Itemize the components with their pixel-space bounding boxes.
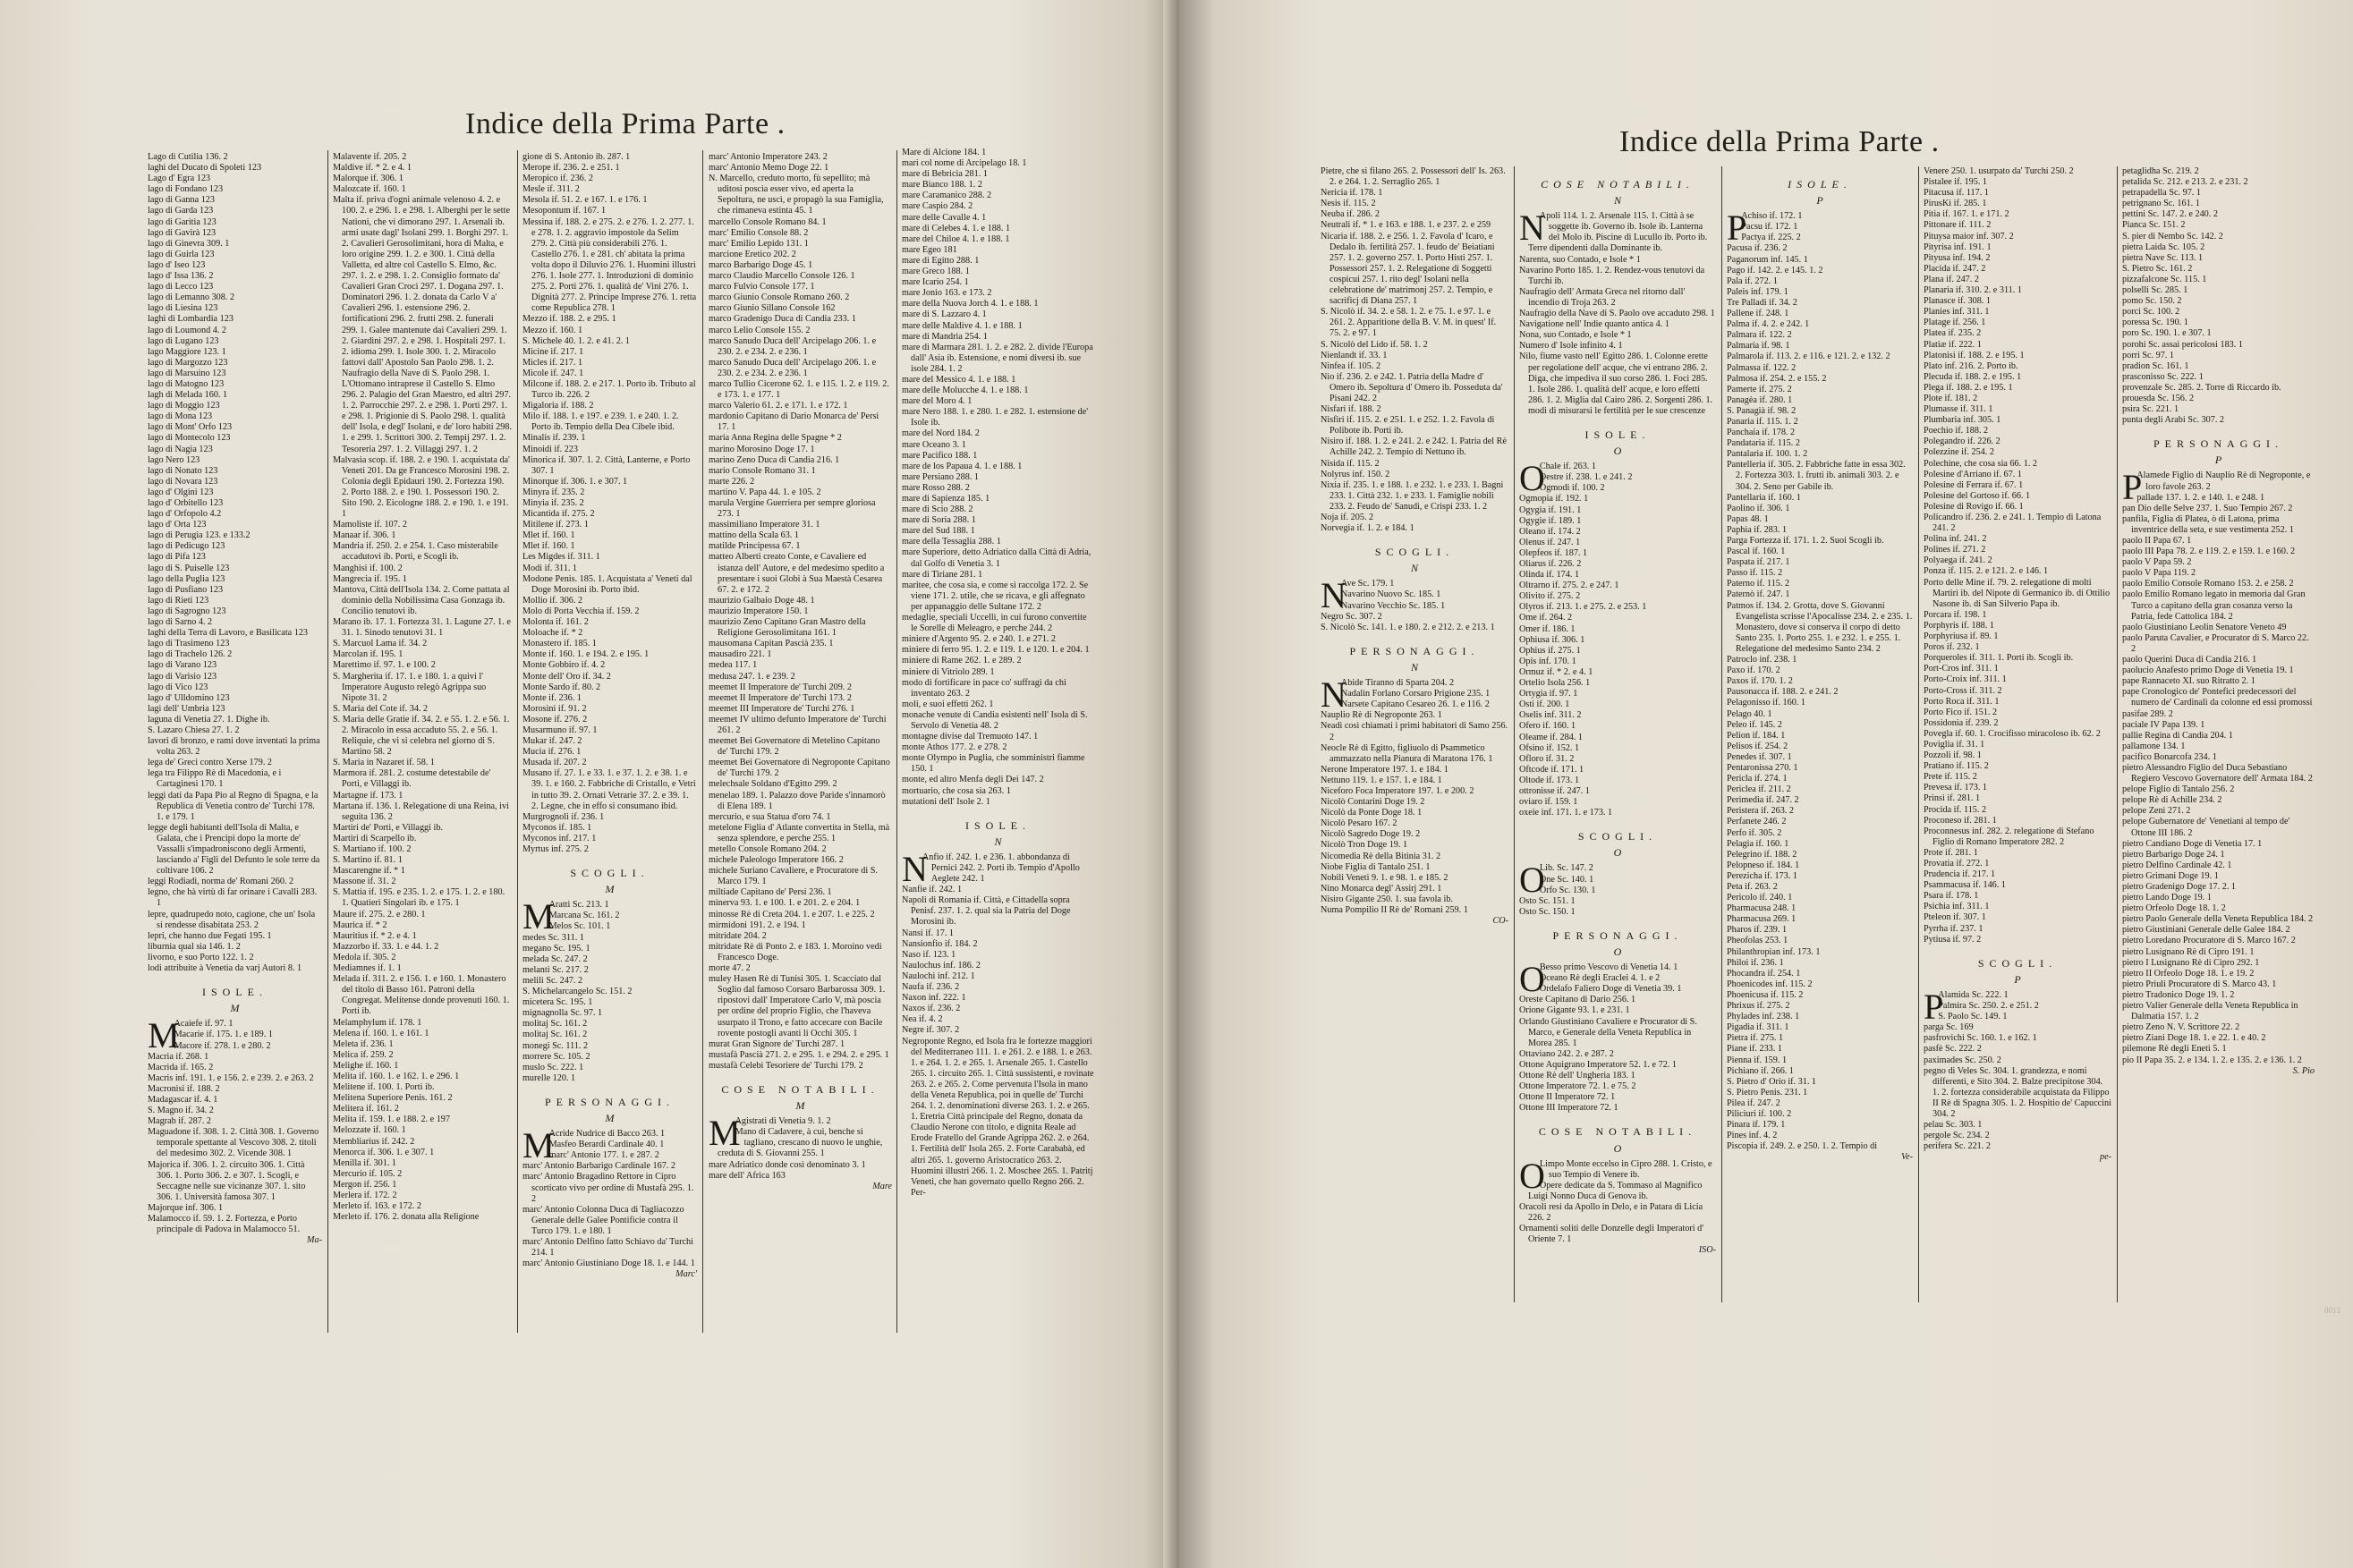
index-entry: Navarino Nuovo Sc. 185. 1 <box>1321 589 1508 600</box>
index-entry: Porto Roca if. 311. 1 <box>1924 697 2111 708</box>
index-entry: matteo Alberti creato Conte, e Cavaliere… <box>709 552 892 595</box>
index-entry: mignagnolla Sc. 97. 1 <box>522 1008 697 1019</box>
index-entry: Philanthropian inf. 173. 1 <box>1727 947 1913 958</box>
index-entry: pietro Zeno N. V. Scrittore 22. 2 <box>2122 1022 2315 1033</box>
index-entry: Nisiro if. 188. 1. 2. e 241. 2. e 242. 1… <box>1321 436 1508 458</box>
index-entry: paciale IV Papa 139. 1 <box>2122 720 2315 731</box>
index-entry: lago di Montecolo 123 <box>148 433 322 444</box>
index-entry: Migaloria if. 188. 2 <box>522 401 697 411</box>
index-entry: punta degli Arabi Sc. 307. 2 <box>2122 415 2315 426</box>
index-entry: mare Egeo 181 <box>902 245 1094 256</box>
index-entry: Polines if. 271. 2 <box>1924 545 2111 555</box>
index-entry: maritee, che cosa sia, e come si raccolg… <box>902 581 1094 613</box>
index-entry: Merope if. 236. 2. e 251. 1 <box>522 163 697 174</box>
index-entry: mutationi dell' Isole 2. 1 <box>902 797 1094 808</box>
index-entry: marc' Antonio Memo Doge 22. 1 <box>709 163 892 174</box>
catchword: ISO- <box>1519 1245 1716 1256</box>
index-entry: paolo III Papa 78. 2. e 119. 2. e 159. 1… <box>2122 547 2315 557</box>
index-entry: Nixia if. 235. 1. e 188. 1. e 232. 1. e … <box>1321 480 1508 513</box>
index-entry: Plato inf. 216. 2. Porto ib. <box>1924 361 2111 372</box>
index-entry: lago di Margozzo 123 <box>148 358 322 369</box>
index-entry: S. Pietro Penis. 231. 1 <box>1727 1088 1913 1098</box>
index-entry: monte Athos 177. 2. e 278. 2 <box>902 742 1094 753</box>
index-entry: martino V. Papa 44. 1. e 105. 2 <box>709 487 892 498</box>
index-entry: marco Lelio Console 155. 2 <box>709 326 892 336</box>
index-entry: Pantelleria if. 305. 2. Fabbriche fatte … <box>1727 460 1913 492</box>
index-entry: Plote if. 181. 2 <box>1924 394 2111 404</box>
index-entry: S. Lazaro Chiesa 27. 1. 2 <box>148 725 322 736</box>
index-entry: Orione Gigante 93. 1. e 231. 1 <box>1519 1005 1716 1016</box>
catchword: Mare <box>709 1182 892 1192</box>
index-entry: Olyros if. 213. 1. e 275. 2. e 253. 1 <box>1519 602 1716 613</box>
index-entry: Merleto if. 163. e 172. 2 <box>333 1201 512 1212</box>
index-entry: Pharos if. 239. 1 <box>1727 925 1913 936</box>
index-entry: Modi if. 311. 1 <box>522 564 697 574</box>
column-rule <box>327 150 328 1333</box>
index-entry: Planies inf. 311. 1 <box>1924 307 2111 318</box>
index-entry: marco Giunio Sillano Console 162 <box>709 303 892 314</box>
index-entry: Paganorum inf. 145. 1 <box>1727 255 1913 266</box>
index-entry: gione di S. Antonio ib. 287. 1 <box>522 152 697 163</box>
index-entry: S. Paolo Sc. 149. 1 <box>1924 1012 2111 1022</box>
index-entry: Phocandra if. 254. 1 <box>1727 969 1913 979</box>
index-entry: morrere Sc. 105. 2 <box>522 1052 697 1063</box>
index-entry: S. Martino if. 81. 1 <box>333 855 512 866</box>
index-entry: mausadiro 221. 1 <box>709 649 892 660</box>
index-entry: pietro Orfeolo Doge 18. 1. 2 <box>2122 903 2315 914</box>
index-entry: Norvegia if. 1. 2. e 184. 1 <box>1321 523 1508 534</box>
index-entry: Numa Pompilio II Rè de' Romani 259. 1 <box>1321 905 1508 916</box>
index-entry: Pteleon if. 307. 1 <box>1924 912 2111 923</box>
index-entry: Mazzorbo if. 33. 1. e 44. 1. 2 <box>333 942 512 953</box>
index-entry: Pelagia if. 160. 1 <box>1727 839 1913 850</box>
index-entry: Osti if. 200. 1 <box>1519 699 1716 710</box>
index-entry: Mukar if. 247. 2 <box>522 736 697 747</box>
index-entry: Plecuda if. 188. 2. e 195. 1 <box>1924 372 2111 383</box>
index-entry: pan Dio delle Selve 237. 1. Suo Tempio 2… <box>2122 504 2315 514</box>
index-entry: Monte if. 160. 1. e 194. 2. e 195. 1 <box>522 649 697 660</box>
index-entry: S. Nicolò del Lido if. 58. 1. 2 <box>1321 340 1508 351</box>
index-entry: marco Valerio 61. 2. e 171. 1. e 172. 1 <box>709 401 892 411</box>
index-entry: Ortelio Isola 256. 1 <box>1519 678 1716 689</box>
index-entry: meemet IV ultimo defunto Imperatore de' … <box>709 715 892 736</box>
index-entry: Plumbaria inf. 305. 1 <box>1924 415 2111 426</box>
index-entry: modo di fortificare in pace co' suffragi… <box>902 678 1094 699</box>
index-entry: Ophiusa if. 306. 1 <box>1519 635 1716 646</box>
index-entry: Olenus if. 247. 1 <box>1519 538 1716 548</box>
index-entry: Pitacusa if. 117. 1 <box>1924 188 2111 199</box>
index-entry: prouesda Sc. 156. 2 <box>2122 394 2315 404</box>
index-entry: Martiri di Scarpello ib. <box>333 834 512 844</box>
index-entry: Polechine, che cosa sia 66. 1. 2 <box>1924 459 2111 470</box>
index-entry: Poviglia if. 31. 1 <box>1924 740 2111 750</box>
index-entry: Monte Gobbiro if. 4. 2 <box>522 660 697 671</box>
index-entry: oviaro if. 159. 1 <box>1519 797 1716 808</box>
index-entry: Palmosa if. 254. 2. e 155. 2 <box>1727 374 1913 385</box>
index-entry: Martiri de' Porti, e Villaggi ib. <box>333 823 512 834</box>
index-entry: marco Tullio Cicerone 62. 1. e 115. 1. 2… <box>709 379 892 401</box>
index-entry: Mercurio if. 105. 2 <box>333 1169 512 1180</box>
index-entry: Oselis inf. 311. 2 <box>1519 710 1716 721</box>
index-entry: Prudencia if. 217. 1 <box>1924 869 2111 880</box>
index-entry: Pelopneso if. 184. 1 <box>1727 860 1913 871</box>
index-entry: massimiliano Imperatore 31. 1 <box>709 520 892 530</box>
index-entry: mitridate 204. 2 <box>709 931 892 942</box>
index-entry: marc' Antonio 177. 1. e 287. 2 <box>522 1150 697 1161</box>
index-entry: mare Jonio 163. e 173. 2 <box>902 288 1094 299</box>
index-column-8: ISOLE.PPAchiso if. 172. 1Pacsu if. 172. … <box>1727 166 1913 1163</box>
index-entry: pietra Laida Sc. 105. 2 <box>2122 242 2315 253</box>
index-entry: Olepfeos if. 187. 1 <box>1519 548 1716 559</box>
index-entry: lago d' Orbitello 123 <box>148 498 322 509</box>
index-entry: Polina inf. 241. 2 <box>1924 534 2111 545</box>
index-entry: Numero d' Isole infinito 4. 1 <box>1519 341 1716 352</box>
index-entry: Neadi così chiamati i primi habitatori d… <box>1321 721 1508 742</box>
index-entry: Meleta if. 236. 1 <box>333 1039 512 1050</box>
index-entry: lago di Sagrogno 123 <box>148 606 322 617</box>
section-heading: COSE NOTABILI. <box>1519 1126 1716 1137</box>
index-entry: lago di Nonato 123 <box>148 466 322 477</box>
index-entry: Prevesa if. 173. 1 <box>1924 783 2111 793</box>
letter-heading: O <box>1519 445 1716 456</box>
index-entry: oxeie inf. 171. 1. e 173. 1 <box>1519 808 1716 818</box>
index-entry: Provatia if. 272. 1 <box>1924 859 2111 869</box>
index-entry: pietra Nave Sc. 113. 1 <box>2122 253 2315 264</box>
index-entry: leggi dati da Papa Pio al Regno di Spagn… <box>148 791 322 823</box>
index-entry: Nettuno 119. 1. e 157. 1. e 184. 1 <box>1321 776 1508 786</box>
index-entry: NAbide Tiranno di Sparta 204. 2 <box>1321 678 1508 689</box>
index-entry: mare del Nord 184. 2 <box>902 428 1094 439</box>
index-entry: monte, ed altro Menfa degli Dei 147. 2 <box>902 775 1094 785</box>
index-entry: Pelegrino if. 188. 2 <box>1727 850 1913 860</box>
index-entry: polselli Sc. 285. 1 <box>2122 285 2315 296</box>
index-entry: Malvasia scop. if. 188. 2. e 190. 1. acq… <box>333 455 512 521</box>
index-entry: Minorque if. 306. 1. e 307. 1 <box>522 477 697 487</box>
index-entry: mare Caramanico 288. 2 <box>902 191 1094 201</box>
index-entry: Membliarius if. 242. 2 <box>333 1137 512 1148</box>
index-entry: marino Zeno Duca di Candia 216. 1 <box>709 455 892 466</box>
index-entry: Pityrisa inf. 191. 1 <box>1924 242 2111 253</box>
index-entry: Polegandro if. 226. 2 <box>1924 436 2111 447</box>
index-entry: lago di Novara 123 <box>148 477 322 487</box>
index-entry: marco Gradenigo Duca di Candia 233. 1 <box>709 314 892 325</box>
letter-heading: M <box>709 1100 892 1111</box>
index-entry: Martana if. 136. 1. Relegatione di una R… <box>333 801 512 823</box>
index-entry: mare della Tessaglia 288. 1 <box>902 537 1094 547</box>
index-entry: poro Sc. 190. 1. e 307. 1 <box>2122 328 2315 339</box>
index-entry: marco Sanudo Duca dell' Arcipelago 206. … <box>709 358 892 379</box>
index-entry: lago di Sarno 4. 2 <box>148 617 322 628</box>
index-entry: S. Margherita if. 17. 1. e 180. 1. a qui… <box>333 672 512 704</box>
index-entry: Malta if. priva d'ogni animale velenoso … <box>333 195 512 454</box>
index-entry: S. Magno if. 34. 2 <box>148 1106 322 1116</box>
index-entry: Ome if. 264. 2 <box>1519 613 1716 623</box>
index-entry: marco Giunio Console Romano 260. 2 <box>709 292 892 303</box>
index-entry: mardonio Capitano di Dario Monarca de' P… <box>709 411 892 433</box>
index-entry: Malamocco if. 59. 1. 2. Fortezza, e Port… <box>148 1214 322 1235</box>
index-entry: Planasce if. 308. 1 <box>1924 296 2111 307</box>
index-entry: monegi Sc. 111. 2 <box>522 1041 697 1052</box>
drop-cap: N <box>1528 213 1545 243</box>
index-entry: murelle 120. 1 <box>522 1073 697 1084</box>
index-entry: pietro I Lusignano Rè di Cipro 292. 1 <box>2122 958 2315 969</box>
index-entry: Pichiano if. 266. 1 <box>1727 1066 1913 1077</box>
index-entry: lago d' Iseo 123 <box>148 260 322 271</box>
index-entry: megano Sc. 195. 1 <box>522 944 697 954</box>
index-entry: Phoenicusa if. 115. 2 <box>1727 990 1913 1001</box>
index-entry: mortuario, che cosa sia 263. 1 <box>902 786 1094 797</box>
index-entry: Naulochus inf. 186. 2 <box>902 961 1094 971</box>
index-entry: Maldive if. * 2. e 4. 1 <box>333 163 512 174</box>
index-entry: lago di Mona 123 <box>148 411 322 422</box>
column-rule <box>1918 166 1919 1302</box>
index-entry: S. Michele 40. 1. 2. e 41. 2. 1 <box>522 336 697 347</box>
index-entry: marc' Emilio Lepido 131. 1 <box>709 239 892 250</box>
index-entry: pelau Sc. 303. 1 <box>1924 1120 2111 1131</box>
index-entry: Pharmacusa 269. 1 <box>1727 914 1913 925</box>
index-entry: Psammacusa if. 146. 1 <box>1924 880 2111 891</box>
index-entry: mare di Marmara 281. 1. 2. e 282. 2. div… <box>902 343 1094 375</box>
index-entry: Palmaria if. 98. 1 <box>1727 341 1913 352</box>
index-entry: mercurio, e sua Statua d'oro 74. 1 <box>709 812 892 823</box>
letter-heading: O <box>1519 1143 1716 1154</box>
index-entry: liburnia qual sia 146. 1. 2 <box>148 942 322 953</box>
index-entry: Manaar if. 306. 1 <box>333 530 512 541</box>
index-entry: Niobe Figlia di Tantalo 251. 1 <box>1321 862 1508 873</box>
library-stamp: 0013 <box>2324 1306 2340 1315</box>
index-entry: Peleo if. 145. 2 <box>1727 720 1913 731</box>
index-entry: Nio if. 236. 2. e 242. 1. Patria della M… <box>1321 372 1508 404</box>
index-entry: Pratiano if. 115. 2 <box>1924 761 2111 772</box>
index-entry: N. Marcello, creduto morto, fù sepellito… <box>709 174 892 216</box>
index-entry: Prete if. 115. 2 <box>1924 772 2111 783</box>
index-entry: Maguadone if. 308. 1. 2. Città 308. 1. G… <box>148 1127 322 1159</box>
index-entry: S. Nicolò Sc. 141. 1. e 180. 2. e 212. 2… <box>1321 623 1508 633</box>
index-entry: marino Morosino Doge 17. 1 <box>709 445 892 455</box>
index-entry: legno, che hà virtù di far orinare i Cav… <box>148 887 322 909</box>
index-entry: Palmira Sc. 250. 2. e 251. 2 <box>1924 1001 2111 1012</box>
index-entry: Phoenicodes inf. 115. 2 <box>1727 979 1913 990</box>
index-entry: Panaria if. 115. 1. 2 <box>1727 417 1913 428</box>
index-entry: Nisida if. 115. 2 <box>1321 459 1508 470</box>
index-entry: Micantida if. 275. 2 <box>522 509 697 520</box>
index-entry: mare di Soria 288. 1 <box>902 515 1094 526</box>
index-entry: Perezicha if. 173. 1 <box>1727 871 1913 882</box>
index-entry: mare di Bebricia 281. 1 <box>902 169 1094 180</box>
index-entry: Negre if. 307. 2 <box>902 1025 1094 1036</box>
index-entry: mausomana Capitan Pascià 235. 1 <box>709 639 892 649</box>
section-heading: SCOGLI. <box>1519 831 1716 842</box>
index-entry: lago d' Orfopolo 4.2 <box>148 509 322 520</box>
index-entry: Mitilene if. 273. 1 <box>522 520 697 530</box>
index-entry: legge degli habitanti dell'Isola di Malt… <box>148 823 322 877</box>
index-entry: Macore if. 278. 1. e 280. 2 <box>148 1041 322 1052</box>
index-entry: Majorica if. 306. 1. 2. circuito 306. 1.… <box>148 1160 322 1203</box>
index-entry: Molo di Porta Vecchia if. 159. 2 <box>522 606 697 617</box>
column-rule <box>1721 166 1722 1302</box>
page-title-left: Indice della Prima Parte . <box>465 107 786 141</box>
catchword: Marc' <box>522 1269 697 1280</box>
index-entry: Pianca Sc. 151. 2 <box>2122 220 2315 231</box>
index-entry: pietro Barbarigo Doge 24. 1 <box>2122 850 2315 860</box>
index-entry: Oleano if. 174. 2 <box>1519 527 1716 538</box>
index-entry: Minalis if. 239. 1 <box>522 433 697 444</box>
index-entry: Nicolò Sagredo Doge 19. 2 <box>1321 829 1508 840</box>
index-entry: marc' Antonio Imperatore 243. 2 <box>709 152 892 163</box>
index-entry: Minyra if. 235. 2 <box>522 487 697 498</box>
index-entry: lago di Pifa 123 <box>148 552 322 563</box>
index-entry: Morosini if. 91. 2 <box>522 704 697 715</box>
index-entry: Peta if. 263. 2 <box>1727 882 1913 893</box>
column-rule <box>517 150 518 1333</box>
index-entry: Madagascar if. 4. 1 <box>148 1095 322 1106</box>
index-entry: Oreste Capitano di Dario 256. 1 <box>1519 995 1716 1005</box>
letter-heading: N <box>1321 563 1508 573</box>
index-entry: mare Icario 254. 1 <box>902 277 1094 288</box>
index-entry: lago di Marsuino 123 <box>148 369 322 379</box>
index-entry: Musada if. 207. 2 <box>522 758 697 768</box>
index-entry: Psara if. 178. 1 <box>1924 891 2111 902</box>
index-entry: Pitia if. 167. 1. e 171. 2 <box>1924 209 2111 220</box>
index-entry: Planaria if. 310. 2. e 311. 1 <box>1924 285 2111 296</box>
index-entry: parga Sc. 169 <box>1924 1022 2111 1033</box>
index-entry: Venere 250. 1. usurpato da' Turchi 250. … <box>1924 166 2111 177</box>
index-entry: mare Bianco 188. 1. 2 <box>902 180 1094 191</box>
index-entry: poressa Sc. 190. 1 <box>2122 318 2315 328</box>
index-entry: mattino della Scala 63. 1 <box>709 530 892 541</box>
index-entry: lago di Pedicugo 123 <box>148 541 322 552</box>
letter-heading: O <box>1519 946 1716 957</box>
index-entry: marc' Antonio Delfino fatto Schiavo da' … <box>522 1237 697 1259</box>
index-entry: Mandria if. 250. 2. e 254. 1. Caso miste… <box>333 541 512 563</box>
index-entry: Ponza if. 115. 2. e 121. 2. e 146. 1 <box>1924 566 2111 577</box>
index-entry: Negroponte Regno, ed Isola fra le fortez… <box>902 1037 1094 1199</box>
section-heading: COSE NOTABILI. <box>1519 179 1716 190</box>
index-entry: lago di Loumond 4. 2 <box>148 326 322 336</box>
index-entry: medes Sc. 311. 1 <box>522 933 697 944</box>
index-entry: paolo V Papa 59. 2 <box>2122 557 2315 568</box>
index-entry: paolo II Papa 67. 1 <box>2122 536 2315 547</box>
index-entry: Porto-Croix inf. 311. 1 <box>1924 674 2111 685</box>
index-entry: Plana if. 247. 2 <box>1924 275 2111 285</box>
index-entry: Pentaronissa 270. 1 <box>1727 763 1913 774</box>
index-entry: lago Nero 123 <box>148 455 322 466</box>
index-entry: Melitena Superiore Penis. 161. 2 <box>333 1093 512 1104</box>
index-entry: Orlando Giustiniano Cavaliere e Procurat… <box>1519 1017 1716 1049</box>
index-entry: Patmos if. 134. 2. Grotta, dove S. Giova… <box>1727 601 1913 655</box>
index-entry: Macronisi if. 188. 2 <box>148 1084 322 1095</box>
index-entry: mare Pacifico 188. 1 <box>902 451 1094 462</box>
index-entry: Ophius if. 275. 1 <box>1519 646 1716 657</box>
index-entry: Mediamnes if. 1. 1 <box>333 963 512 974</box>
index-entry: One Sc. 140. 1 <box>1519 875 1716 886</box>
index-entry: lavori di bronzo, e rami dove inventati … <box>148 736 322 758</box>
index-entry: pallade 137. 1. 2. e 140. 1. e 248. 1 <box>2122 493 2315 504</box>
index-entry: Nicolò Tron Doge 19. 1 <box>1321 840 1508 851</box>
index-entry: marcello Console Romano 84. 1 <box>709 217 892 228</box>
index-entry: Marmora if. 281. 2. costume detestabile … <box>333 768 512 790</box>
index-entry: Pamerte if. 275. 2 <box>1727 385 1913 395</box>
index-entry: lodi attribuite à Venetia da varj Autori… <box>148 963 322 974</box>
index-entry: pasfrovichi Sc. 160. 1. e 162. 1 <box>1924 1033 2111 1044</box>
index-entry: lago di Gavirà 123 <box>148 228 322 239</box>
index-entry: Polezzine if. 254. 2 <box>1924 447 2111 458</box>
index-entry: Mesola if. 51. 2. e 167. 1. e 176. 1 <box>522 195 697 206</box>
index-entry: Malorque if. 306. 1 <box>333 174 512 184</box>
index-entry: lepre, quadrupedo noto, cagione, che un'… <box>148 910 322 931</box>
index-entry: Pharmacusa 248. 1 <box>1727 903 1913 914</box>
index-entry: Palmarola if. 113. 2. e 116. e 121. 2. e… <box>1727 352 1913 362</box>
index-entry: Merlera if. 172. 2 <box>333 1191 512 1201</box>
index-entry: Olivito if. 275. 2 <box>1519 591 1716 602</box>
index-entry: Pantellaria if. 160. 1 <box>1727 493 1913 504</box>
index-entry: miniere di Vitriolo 289. 1 <box>902 667 1094 678</box>
index-entry: S. Pietro Sc. 161. 2 <box>2122 264 2315 275</box>
index-entry: Milo if. 188. 1. e 197. e 239. 1. e 240.… <box>522 411 697 433</box>
index-entry: Pilea if. 247. 2 <box>1727 1098 1913 1109</box>
index-entry: Phylades inf. 238. 1 <box>1727 1012 1913 1022</box>
index-entry: Nisiro Gigante 250. 1. sua favola ib. <box>1321 894 1508 905</box>
index-entry: petrapadella Sc. 97. 1 <box>2122 188 2315 199</box>
index-entry: Paxos if. 170. 1. 2 <box>1727 676 1913 687</box>
index-entry: Molonta if. 161. 2 <box>522 617 697 628</box>
index-entry: Melita if. 159. 1. e 188. 2. e 197 <box>333 1115 512 1125</box>
index-entry: petaglidha Sc. 219. 2 <box>2122 166 2315 177</box>
index-entry: mario Console Romano 31. 1 <box>709 466 892 477</box>
index-entry: melanti Sc. 217. 2 <box>522 965 697 976</box>
index-entry: Macris inf. 191. 1. e 156. 2. e 239. 2. … <box>148 1073 322 1084</box>
index-entry: Paphia if. 283. 1 <box>1727 525 1913 536</box>
index-entry: laguna di Venetia 27. 1. Dighe ib. <box>148 715 322 725</box>
index-entry: Melos Sc. 101. 1 <box>522 921 697 932</box>
index-entry: Micole if. 247. 1 <box>522 369 697 379</box>
column-rule <box>702 150 703 1333</box>
index-entry: michele Suriano Cavaliere, e Procuratore… <box>709 866 892 887</box>
index-entry: mare del Sud 188. 1 <box>902 526 1094 537</box>
index-entry: lago Maggiore 123. 1 <box>148 347 322 358</box>
index-entry: Pittonare if. 111. 2 <box>1924 220 2111 231</box>
index-entry: Proconeso if. 281. 1 <box>1924 816 2111 826</box>
index-entry: OLib. Sc. 147. 2 <box>1519 863 1716 874</box>
index-entry: Psichia inf. 311. 1 <box>1924 902 2111 912</box>
index-entry: mare di Scio 288. 2 <box>902 504 1094 515</box>
index-entry: lago di Fondano 123 <box>148 184 322 195</box>
index-entry: Naxon inf. 222. 1 <box>902 993 1094 1004</box>
index-entry: Nisfari if. 188. 2 <box>1321 404 1508 415</box>
index-entry: Masfeo Berardi Cardinale 40. 1 <box>522 1140 697 1150</box>
index-entry: Napoli di Romania if. Città, e Cittadell… <box>902 895 1094 928</box>
index-entry: Pacsu if. 172. 1 <box>1727 222 1913 233</box>
index-entry: Ordelafo Faliero Doge di Venetia 39. 1 <box>1519 984 1716 995</box>
section-heading: PERSONAGGI. <box>2122 438 2315 449</box>
index-entry: marc' Emilio Console 88. 2 <box>709 228 892 239</box>
index-entry: Pallene if. 248. 1 <box>1727 309 1913 319</box>
index-entry: Oestre if. 238. 1. e 241. 2 <box>1519 472 1716 483</box>
index-entry: mare delle Maldive 4. 1. e 188. 1 <box>902 321 1094 332</box>
index-entry: meemet Bei Governatore di Metelino Capit… <box>709 736 892 758</box>
index-entry: OLimpo Monte eccelso in Cipro 288. 1. Cr… <box>1519 1159 1716 1181</box>
catchword: Ma- <box>148 1235 322 1246</box>
index-entry: Oracoli resi da Apollo in Delo, e in Pat… <box>1519 1202 1716 1224</box>
index-entry: Ogygie if. 189. 1 <box>1519 516 1716 527</box>
index-entry: mare Caspio 284. 2 <box>902 201 1094 212</box>
index-entry: Ottone Rè dell' Ungheria 183. 1 <box>1519 1071 1716 1081</box>
index-entry: pietro Priuli Procuratore di S. Marco 43… <box>2122 979 2315 990</box>
index-entry: Nolyrus inf. 150. 2 <box>1321 470 1508 480</box>
index-entry: marcione Eretico 202. 2 <box>709 250 892 260</box>
index-entry: pietro Gradenigo Doge 17. 2. 1 <box>2122 882 2315 893</box>
section-heading: ISOLE. <box>1727 179 1913 190</box>
